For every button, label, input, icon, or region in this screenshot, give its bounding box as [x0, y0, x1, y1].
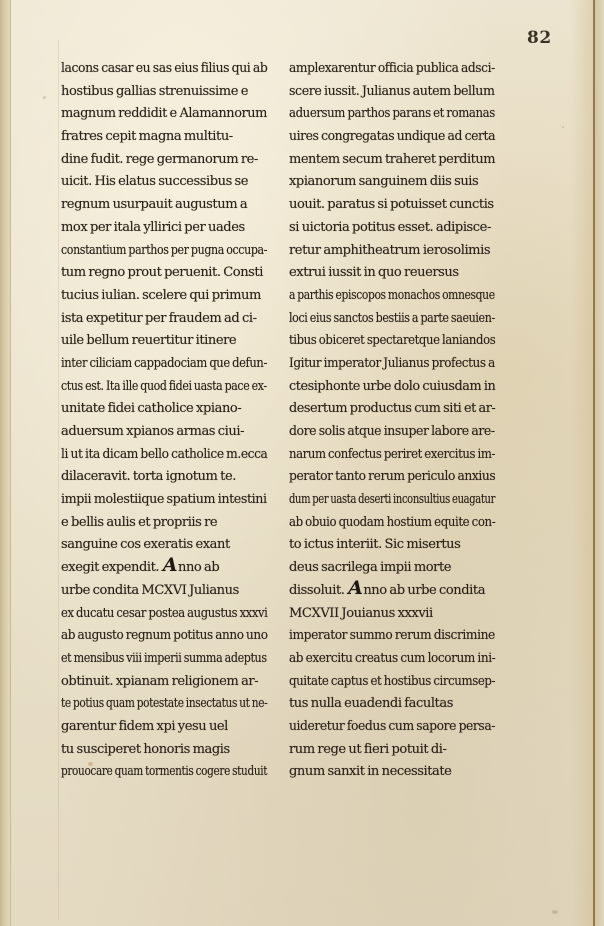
manuscript-line: uideretur foedus cum sapore persa- — [289, 716, 484, 739]
manuscript-line: ab augusto regnum potitus anno uno — [61, 625, 251, 648]
text-column-left: lacons casar eu sas eius filius qui abho… — [61, 58, 269, 784]
ruling-line — [58, 40, 59, 920]
manuscript-line: ex ducatu cesar postea augustus xxxvi — [61, 603, 243, 626]
manuscript-line: uile bellum reuertitur itinere — [61, 330, 267, 353]
manuscript-line: tucius iulian. scelere qui primum — [61, 285, 267, 308]
text-column-right: amplexarentur officia publica adsci-scer… — [289, 58, 497, 784]
manuscript-line: a parthis episcopos monachos omnesque — [289, 285, 458, 308]
decorated-initial: A — [163, 558, 177, 572]
manuscript-line: imperator summo rerum discrimine — [289, 625, 482, 648]
manuscript-line: magnum reddidit e Alamannorum — [61, 103, 265, 126]
manuscript-line: amplexarentur officia publica adsci- — [289, 58, 482, 81]
manuscript-line: inter ciliciam cappadociam que defun- — [61, 353, 243, 376]
manuscript-line: dissoluit. Anno ab urbe condita — [289, 580, 495, 603]
manuscript-line: obtinuit. xpianam religionem ar- — [61, 671, 267, 694]
manuscript-line: desertum productus cum siti et ar- — [289, 398, 491, 421]
manuscript-line: ab obuio quodam hostium equite con- — [289, 512, 475, 535]
fold-shadow — [570, 0, 593, 926]
manuscript-line: prouocare quam tormentis cogere studuit — [61, 761, 227, 784]
manuscript-line: ab exercitu creatus cum locorum ini- — [289, 648, 480, 671]
manuscript-line: rum rege ut fieri potuit di- — [289, 739, 495, 762]
manuscript-line: mentem secum traheret perditum — [289, 149, 493, 172]
manuscript-line: constantium parthos per pugna occupa- — [61, 240, 235, 263]
manuscript-line: uires congregatas undique ad certa — [289, 126, 485, 149]
manuscript-line: garentur fidem xpi yesu uel — [61, 716, 267, 739]
manuscript-line: uicit. His elatus successibus se — [61, 171, 267, 194]
manuscript-line: mox per itala yllirici per uades — [61, 217, 267, 240]
manuscript-line: tu susciperet honoris magis — [61, 739, 267, 762]
manuscript-line: et mensibus viii imperii summa adeptus — [61, 648, 236, 671]
manuscript-line: MCXVII Jouianus xxxvii — [289, 603, 495, 626]
manuscript-line: ctus est. Ita ille quod fidei uasta pace… — [61, 376, 234, 399]
manuscript-line: quitate captus et hostibus circumsep- — [289, 671, 475, 694]
manuscript-line: si uictoria potitus esset. adipisce- — [289, 217, 495, 240]
manuscript-line: unitate fidei catholice xpiano- — [61, 398, 267, 421]
manuscript-line: impii molestiique spatium intestini — [61, 489, 261, 512]
manuscript-line: ista expetitur per fraudem ad ci- — [61, 308, 267, 331]
manuscript-line: fratres cepit magna multitu- — [61, 126, 267, 149]
manuscript-line: tum regno prout peruenit. Consti — [61, 262, 267, 285]
manuscript-line: perator tanto rerum periculo anxius — [289, 466, 483, 489]
manuscript-line: dore solis atque insuper labore are- — [289, 421, 486, 444]
manuscript-line: tus nulla euadendi facultas — [289, 693, 495, 716]
manuscript-line: dilaceravit. torta ignotum te. — [61, 466, 267, 489]
manuscript-line: li ut ita dicam bello catholice m.ecca — [61, 444, 254, 467]
folio-number: 82 — [527, 28, 552, 48]
manuscript-line: gnum sanxit in necessitate — [289, 761, 495, 784]
parchment-stain — [43, 96, 46, 99]
manuscript-line: xpianorum sanguinem diis suis — [289, 171, 495, 194]
manuscript-line: lacons casar eu sas eius filius qui ab — [61, 58, 257, 81]
decorated-initial: A — [348, 581, 362, 595]
binding-edge — [0, 0, 11, 926]
manuscript-line: narum confectus periret exercitus im- — [289, 444, 473, 467]
manuscript-line: Igitur imperator Julianus profectus a — [289, 353, 479, 376]
manuscript-line: retur amphitheatrum ierosolimis — [289, 240, 495, 263]
manuscript-folio: 82 lacons casar eu sas eius filius qui a… — [0, 0, 604, 926]
manuscript-line: e bellis aulis et propriis re — [61, 512, 267, 535]
manuscript-line: loci eius sanctos bestiis a parte saeuie… — [289, 308, 464, 331]
manuscript-line: extrui iussit in quo reuersus — [289, 262, 495, 285]
parchment-stain — [562, 126, 564, 128]
manuscript-line: dine fudit. rege germanorum re- — [61, 149, 267, 172]
parchment-stain — [552, 910, 558, 914]
manuscript-line: uouit. paratus si potuisset cunctis — [289, 194, 495, 217]
manuscript-line: regnum usurpauit augustum a — [61, 194, 267, 217]
manuscript-line: to ictus interiit. Sic misertus — [289, 534, 495, 557]
manuscript-line: exegit expendit. Anno ab — [61, 557, 267, 580]
manuscript-line: tibus obiceret spectaretque laniandos — [289, 330, 473, 353]
adjacent-leaf-edge — [595, 0, 604, 926]
manuscript-line: dum per uasta deserti inconsultius euaga… — [289, 489, 446, 512]
manuscript-line: aduersum xpianos armas ciui- — [61, 421, 267, 444]
manuscript-line: urbe condita MCXVI Julianus — [61, 580, 267, 603]
manuscript-line: hostibus gallias strenuissime e — [61, 81, 267, 104]
manuscript-line: te potius quam potestate insectatus ut n… — [61, 693, 228, 716]
manuscript-line: scere iussit. Julianus autem bellum — [289, 81, 488, 104]
manuscript-line: aduersum parthos parans et romanas — [289, 103, 474, 126]
manuscript-line: deus sacrilega impii morte — [289, 557, 495, 580]
manuscript-line: ctesiphonte urbe dolo cuiusdam in — [289, 376, 491, 399]
